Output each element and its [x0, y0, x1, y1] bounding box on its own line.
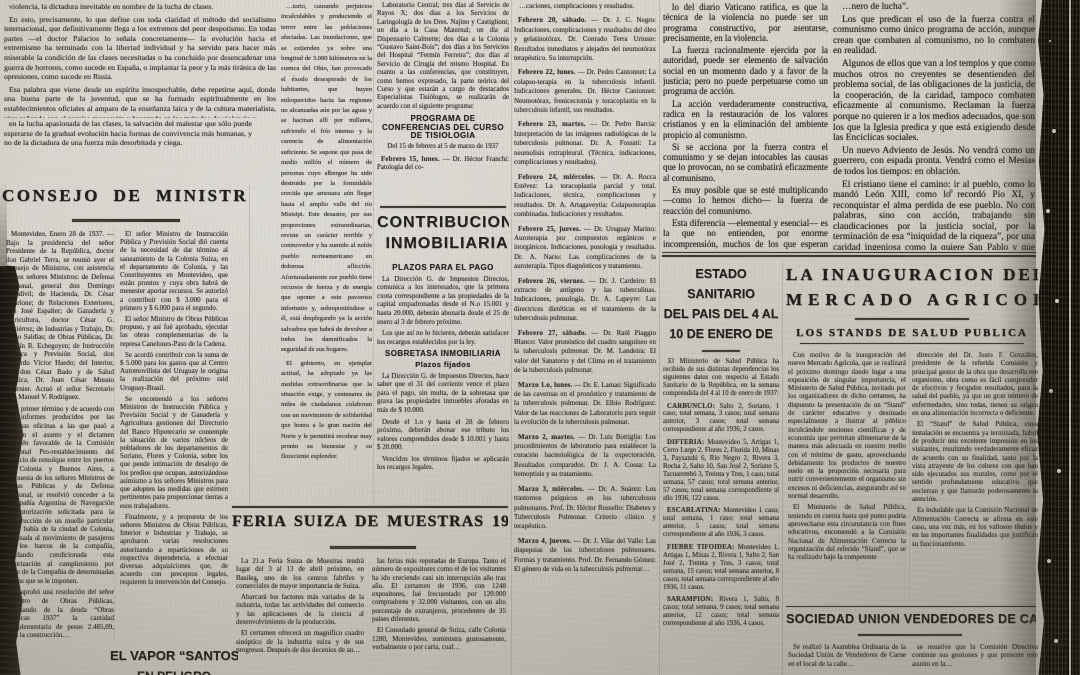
entry-lead: Febrero 22, lunes.	[518, 68, 576, 76]
program-entry: Febrero 27, sábado. — Dr. Raúl Piaggio B…	[514, 329, 656, 376]
contribucion-headline-line2: INMOBILIARIA	[381, 233, 509, 254]
sanitario-stats: CARBUNCLO: Salto 2, Soriano, 1 caso; tot…	[663, 403, 779, 629]
tisiologia-intro-column: Laboratorio Central; tres días al Servic…	[377, 2, 509, 202]
scan-shadow-right	[998, 0, 1036, 675]
paragraph: La 21.a Feria Suiza de Muestras tendrá l…	[236, 557, 364, 590]
program-entry: Febrero 22, lunes. — Dr. Pedro Cantonnet…	[514, 68, 656, 115]
program-entry: Febrero 24, miércoles. — Dr. A. Rocca Es…	[514, 173, 656, 220]
contribucion-article: PLAZOS PARA EL PAGO La Dirección G. de I…	[377, 260, 509, 504]
program-entry: Febrero 23, martes. — Dr. Pedro Barcia: …	[514, 120, 656, 167]
union-text-1: Se realizó la Asamblea Ordinaria de la S…	[788, 643, 906, 668]
entry-lead: Marzo 4, jueves.	[518, 537, 571, 545]
paragraph: Se aprobó una resolución del señor Minis…	[6, 588, 114, 640]
conference-program-column: …caciones, complicaciones y resultados. …	[514, 2, 656, 673]
entry-lead: Marzo 2, martes.	[518, 433, 575, 441]
paper-specks	[955, 60, 957, 62]
tisiologia-program-dates: Del 15 de febrero al 5 de marzo de 1937	[377, 143, 509, 151]
paragraph: La fuerza racionalmente ejercida por la …	[663, 45, 828, 96]
paragraph: Los que así no lo hicieren, deberán sati…	[377, 329, 509, 346]
column-rule	[373, 0, 374, 505]
sanitario-headline-line4: 1937	[663, 344, 779, 346]
entry-lead: Febrero 24, miércoles.	[518, 173, 595, 181]
paragraph: Es muy posible que se esté multiplicando…	[663, 185, 828, 216]
entry-lead: CARBUNCLO:	[667, 403, 715, 410]
sanitario-stats-column: El Ministerio de Salud Pública ha recibi…	[663, 358, 779, 675]
program-entry: Febrero 26, viernes. — Dr. J. Cardeiro: …	[514, 277, 656, 324]
paragraph: La Dirección G. de Impuestos Directos, c…	[377, 275, 509, 327]
sanitario-intro: El Ministerio de Salud Pública ha recibi…	[663, 358, 779, 398]
consejo-headline-rule	[72, 219, 180, 222]
entry-lead: Febrero 26, viernes.	[518, 277, 585, 285]
contribucion-subhead-sobretasa: SOBRETASA INMOBILIARIA	[377, 350, 509, 359]
column-rule	[249, 185, 250, 505]
newspaper-scan-page: violencia, la dictadura inevitable en no…	[0, 0, 1080, 675]
paragraph: La Dirección G. de Impuestos Directos, h…	[377, 372, 509, 415]
entry-date: Febrero 15, lunes.	[381, 156, 440, 163]
scan-border-specks	[1049, 40, 1051, 42]
editorial-column-tail: en la lucha apasionada de las clases, la…	[4, 119, 252, 177]
sanitario-headline-line3: 10 DE ENERO DE	[663, 324, 779, 344]
program-entry: Febrero 20, sábado. — Dr. J. C. Negro: I…	[514, 16, 656, 63]
scan-border-highlight-line	[1069, 0, 1071, 675]
union-headline-rule	[858, 634, 962, 636]
column-rule	[782, 262, 783, 675]
entry-lead: Febrero 23, martes.	[518, 120, 586, 128]
sanitario-headline-line2: DEL PAIS DEL 4 AL	[663, 304, 779, 324]
paragraph: Vencidos los términos fijados se aplicar…	[377, 455, 509, 472]
column-rule	[511, 0, 512, 675]
program-entry: Marzo 4, jueves. — Dr. J. Vilar del Vall…	[514, 537, 656, 575]
program-entry: FIEBRE TIFOIDEA: Montevideo 1, Artigas 1…	[663, 544, 779, 591]
paragraph: Finalmente, y a propuesta de los señores…	[120, 513, 228, 587]
entry-lead: Marzo 3, miércoles.	[518, 485, 584, 493]
union-column-1: Se realizó la Asamblea Ordinaria de la S…	[788, 643, 906, 675]
vatican-editorial-col-a: lo del diario Vaticano ratifica, es que …	[663, 2, 828, 250]
entry-lead: DIFTERIA:	[667, 439, 704, 446]
contribucion-headline-line1: CONTRIBUCION	[377, 212, 509, 233]
feria-column-1: La 21.a Feria Suiza de Muestras tendrá l…	[236, 557, 364, 675]
consejo-column-1: Montevideo, Enero 28 de 1937. — Bajo la …	[6, 230, 114, 673]
paragraph: Abarcará los factores más variados de la…	[236, 593, 364, 626]
paragraph: Montevideo, Enero 28 de 1937. — Bajo la …	[6, 230, 114, 402]
paragraph: Si se acciona por la fuerza contra el co…	[663, 142, 828, 183]
consejo-headline: CONSEJO DE MINISTROS	[2, 186, 248, 206]
paragraph: El señor Ministro de Instrucción Pública…	[120, 230, 228, 312]
tisiologia-program-title: PROGRAMA DE CONFERENCIAS DEL CURSO DE TI…	[377, 115, 509, 140]
vapor-santos-headline: EL VAPOR “SANTOS”	[110, 648, 238, 663]
program-entry: Febrero 25, jueves. — Dr. Uruguay Marino…	[514, 225, 656, 272]
program-entry: Marzo 3, miércoles. — Dr. A. Suárez: Los…	[514, 485, 656, 532]
entry-lead: Febrero 27, sábado.	[518, 329, 587, 337]
column-rule	[659, 0, 660, 675]
editorial-paragraph: en la lucha apasionada de las clases, la…	[4, 119, 252, 148]
program-entry: SARAMPION: Rivera 1, Salto, 8 casos; tot…	[663, 596, 779, 628]
feria-column-2: las ferias más reputadas de Europa. Tant…	[372, 557, 506, 675]
program-entry: DIFTERIA: Montevideo 5, Artigas 1, Cerro…	[663, 439, 779, 502]
paragraph: Se acordó contribuir con la suma de $ 5.…	[120, 351, 228, 392]
paragraph: Con motivo de la inauguración del nuevo …	[788, 351, 906, 500]
paragraph: El certamen ofrecerá un magnífico cuadro…	[236, 629, 364, 654]
program-entry: Febrero 15, lunes. — Dr. Héctor Franchi:…	[377, 156, 509, 173]
entry-lead: Febrero 20, sábado.	[518, 16, 587, 24]
program-entry: ESCARLATINA: Montevideo 1 caso; total se…	[663, 507, 779, 539]
paragraph: El Consulado general de Suiza, calle Col…	[372, 626, 506, 651]
editorial-column-top: violencia, la dictadura inevitable en no…	[4, 2, 276, 118]
entry-lead: FIEBRE TIFOIDEA:	[667, 544, 735, 551]
paragraph: las ferias más reputadas de Europa. Tant…	[372, 557, 506, 623]
right-section-rule-a	[662, 252, 1036, 253]
scan-border-right	[1035, 0, 1080, 675]
program-entries: Febrero 20, sábado. — Dr. J. C. Negro: I…	[514, 16, 656, 574]
vapor-santos-subhead: EN PELIGRO	[110, 669, 238, 675]
mercado-headline-rule	[855, 318, 969, 320]
paragraph: La acción verdaderamente constructiva, r…	[663, 99, 828, 140]
entry-lead: Marzo 1.o, lunes.	[518, 381, 573, 389]
mercado-column-1: Con motivo de la inauguración del nuevo …	[788, 351, 906, 604]
feria-headline: FERIA SUIZA DE MUESTRAS 1937	[232, 513, 508, 531]
entry-lead: SARAMPION:	[667, 596, 713, 603]
paragraph: El Ministerio de Salud Pública, teniendo…	[788, 503, 906, 561]
sanitario-headline: ESTADO SANITARIO DEL PAIS DEL 4 AL 10 DE…	[663, 264, 779, 346]
entry-lead: ESCARLATINA:	[667, 507, 721, 514]
contribucion-headline: CONTRIBUCION INMOBILIARIA	[377, 212, 509, 256]
feria-headline-rule	[330, 546, 416, 549]
program-fragment: …caciones, complicaciones y resultados.	[514, 2, 656, 11]
program-entry: CARBUNCLO: Salto 2, Soriano, 1 caso; tot…	[663, 403, 779, 435]
editorial-paragraph: En esto, precisamente, lo que define con…	[4, 15, 276, 82]
tisiologia-intro-text: Laboratorio Central; tres días al Servic…	[377, 2, 509, 111]
column-rule	[909, 351, 910, 604]
paragraph: El gobierno, en ejemplar actitud, ha ado…	[281, 359, 372, 463]
contribucion-body2: La Dirección G. de Impuestos Directos, h…	[377, 372, 509, 473]
scan-border-left-fade	[0, 180, 7, 270]
column-rule	[114, 228, 115, 640]
section-rule	[380, 206, 506, 208]
feria-top-rule	[232, 506, 508, 508]
mercado-subhead-rule	[800, 343, 1024, 344]
contribucion-subhead-plazos-fijados: Plazos fijados	[377, 361, 509, 370]
contribucion-subhead-plazos: PLAZOS PARA EL PAGO	[377, 264, 509, 273]
flood-news-column: …torio, causando perjuicios incalculable…	[281, 2, 372, 502]
contribucion-body1: La Dirección G. de Impuestos Directos, c…	[377, 275, 509, 347]
paragraph: El señor Ministro de Obras Públicas prop…	[120, 315, 228, 348]
sanitario-headline-rule	[702, 350, 740, 352]
sanitario-headline-line1: ESTADO SANITARIO	[663, 264, 779, 304]
right-section-rule-b	[662, 255, 1036, 257]
paragraph: Esta diferencia —elemental y esencial— e…	[663, 218, 828, 250]
program-entry: Marzo 2, martes. — Dr. Luis Bottiglia: L…	[514, 433, 656, 480]
entry-lead: Febrero 25, jueves.	[518, 225, 581, 233]
editorial-fragment: violencia, la dictadura inevitable en no…	[4, 2, 276, 12]
consejo-column-2: El señor Ministro de Instrucción Pública…	[120, 230, 228, 618]
paragraph: Se encomendó a los señores Ministros de …	[120, 395, 228, 510]
paragraph: …torio, causando perjuicios incalculable…	[281, 2, 372, 356]
paragraph: lo del diario Vaticano ratifica, es que …	[663, 2, 828, 43]
paragraph: Desde el 1.o y hasta el 28 de febrero pr…	[377, 418, 509, 452]
editorial-paragraph: Esa palabra que viene desde un espíritu …	[4, 85, 276, 118]
program-entry: Marzo 1.o, lunes. — Dr. E. Lamas: Signif…	[514, 381, 656, 428]
